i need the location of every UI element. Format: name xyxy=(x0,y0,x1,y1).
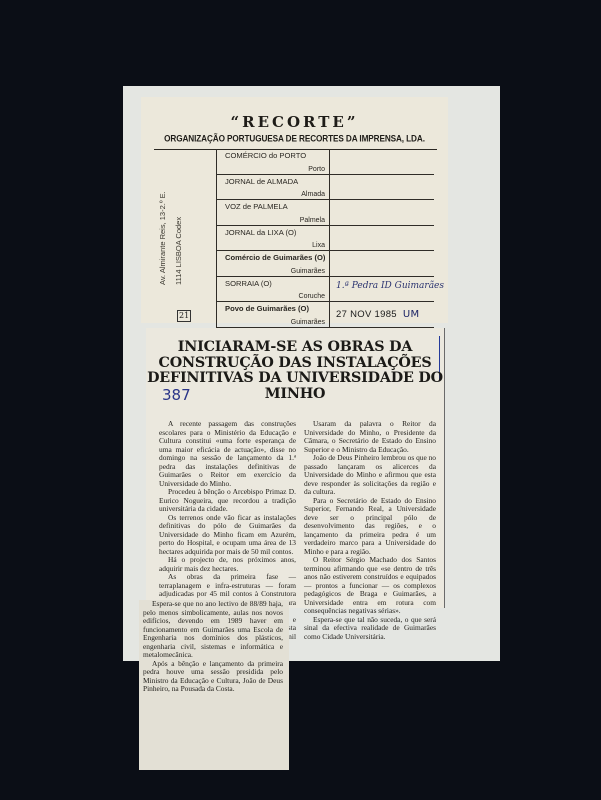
clipping-service-card: “RECORTE” ORGANIZAÇÃO PORTUGUESA DE RECO… xyxy=(141,97,448,323)
publication-city: Guimarães xyxy=(291,268,325,275)
publication-row: Comércio de Guimarães (O)Guimarães xyxy=(216,251,434,277)
publication-name: VOZ de PALMELA xyxy=(225,202,288,211)
article-paragraph: Após a bênção e lançamento da primeira p… xyxy=(143,660,283,694)
article-paragraph: O Reitor Sérgio Machado dos Santos termi… xyxy=(304,556,436,616)
publication-cell: Povo de Guimarães (O)Guimarães xyxy=(216,302,330,327)
article-paragraph: Os terrenos onde vão ficar as instalaçõe… xyxy=(159,514,296,557)
publication-row: SORRAIA (O)Coruche1.ª Pedra ID Guimarães xyxy=(216,277,434,303)
article-column-left-continued: Espera-se que no ano lectivo de 88/89 ha… xyxy=(143,600,283,694)
publication-row: COMÉRCIO do PORTOPorto xyxy=(216,149,434,175)
publication-cell: VOZ de PALMELAPalmela xyxy=(216,200,330,225)
publication-city: Coruche xyxy=(299,293,325,300)
address-block: Av. Almirante Reis, 13-2.º E. 1114 LISBO… xyxy=(150,157,200,297)
date-text: 27 NOV 1985 xyxy=(336,309,397,320)
article-paragraph: Espera-se que tal não suceda, o que será… xyxy=(304,616,436,642)
organization-name: ORGANIZAÇÃO PORTUGUESA DE RECORTES DA IM… xyxy=(141,133,448,143)
publication-row: JORNAL de ALMADAAlmada xyxy=(216,175,434,201)
publication-city: Lixa xyxy=(312,242,325,249)
publication-name: COMÉRCIO do PORTO xyxy=(225,151,306,160)
handwritten-note: 1.ª Pedra ID Guimarães xyxy=(336,281,444,291)
article-paragraph: Há o projecto de, nos próximos anos, adq… xyxy=(159,556,296,573)
address-line-2: 1114 LISBOA Codex xyxy=(174,217,183,285)
publication-row: Povo de Guimarães (O)Guimarães27 NOV 198… xyxy=(216,302,434,328)
publication-cell: JORNAL da LIXA (O)Lixa xyxy=(216,226,330,251)
date-stamp: 27 NOV 1985UM xyxy=(336,309,419,320)
publication-cell: JORNAL de ALMADAAlmada xyxy=(216,175,330,200)
article-paragraph: Espera-se que no ano lectivo de 88/89 ha… xyxy=(143,600,283,660)
publication-name: Povo de Guimarães (O) xyxy=(225,304,309,313)
publication-cell: SORRAIA (O)Coruche xyxy=(216,277,330,302)
article-paragraph: A recente passagem das construções escol… xyxy=(159,420,296,488)
handwritten-initials: UM xyxy=(403,309,420,320)
article-clipping: INICIARAM-SE AS OBRAS DA CONSTRUÇÃO DAS … xyxy=(146,328,445,608)
publication-table: COMÉRCIO do PORTOPortoJORNAL de ALMADAAl… xyxy=(216,149,434,328)
address-line-1: Av. Almirante Reis, 13-2.º E. xyxy=(158,191,167,285)
page-number: 21 xyxy=(177,310,191,322)
brand-title: “RECORTE” xyxy=(141,113,448,131)
article-paragraph: Procedeu à bênção o Arcebispo Primaz D. … xyxy=(159,488,296,514)
publication-row: VOZ de PALMELAPalmela xyxy=(216,200,434,226)
article-paragraph: Para o Secretário de Estado do Ensino Su… xyxy=(304,497,436,557)
article-column-right: Usaram da palavra o Reitor da Universida… xyxy=(304,420,436,641)
publication-city: Porto xyxy=(308,166,325,173)
publication-cell: Comércio de Guimarães (O)Guimarães xyxy=(216,251,330,276)
publication-city: Palmela xyxy=(300,217,325,224)
publication-city: Almada xyxy=(301,191,325,198)
article-paragraph: Usaram da palavra o Reitor da Universida… xyxy=(304,420,436,454)
publication-cell: COMÉRCIO do PORTOPorto xyxy=(216,149,330,174)
publication-row: JORNAL da LIXA (O)Lixa xyxy=(216,226,434,252)
article-clipping-continuation: Espera-se que no ano lectivo de 88/89 ha… xyxy=(139,600,289,770)
article-paragraph: João de Deus Pinheiro lembrou os que no … xyxy=(304,454,436,497)
publication-name: JORNAL de ALMADA xyxy=(225,177,298,186)
publication-name: SORRAIA (O) xyxy=(225,279,272,288)
publication-name: JORNAL da LIXA (O) xyxy=(225,228,296,237)
article-headline: INICIARAM-SE AS OBRAS DA CONSTRUÇÃO DAS … xyxy=(146,340,444,402)
publication-name: Comércio de Guimarães (O) xyxy=(225,253,325,262)
publication-city: Guimarães xyxy=(291,319,325,326)
reference-number: 387 xyxy=(162,386,191,404)
